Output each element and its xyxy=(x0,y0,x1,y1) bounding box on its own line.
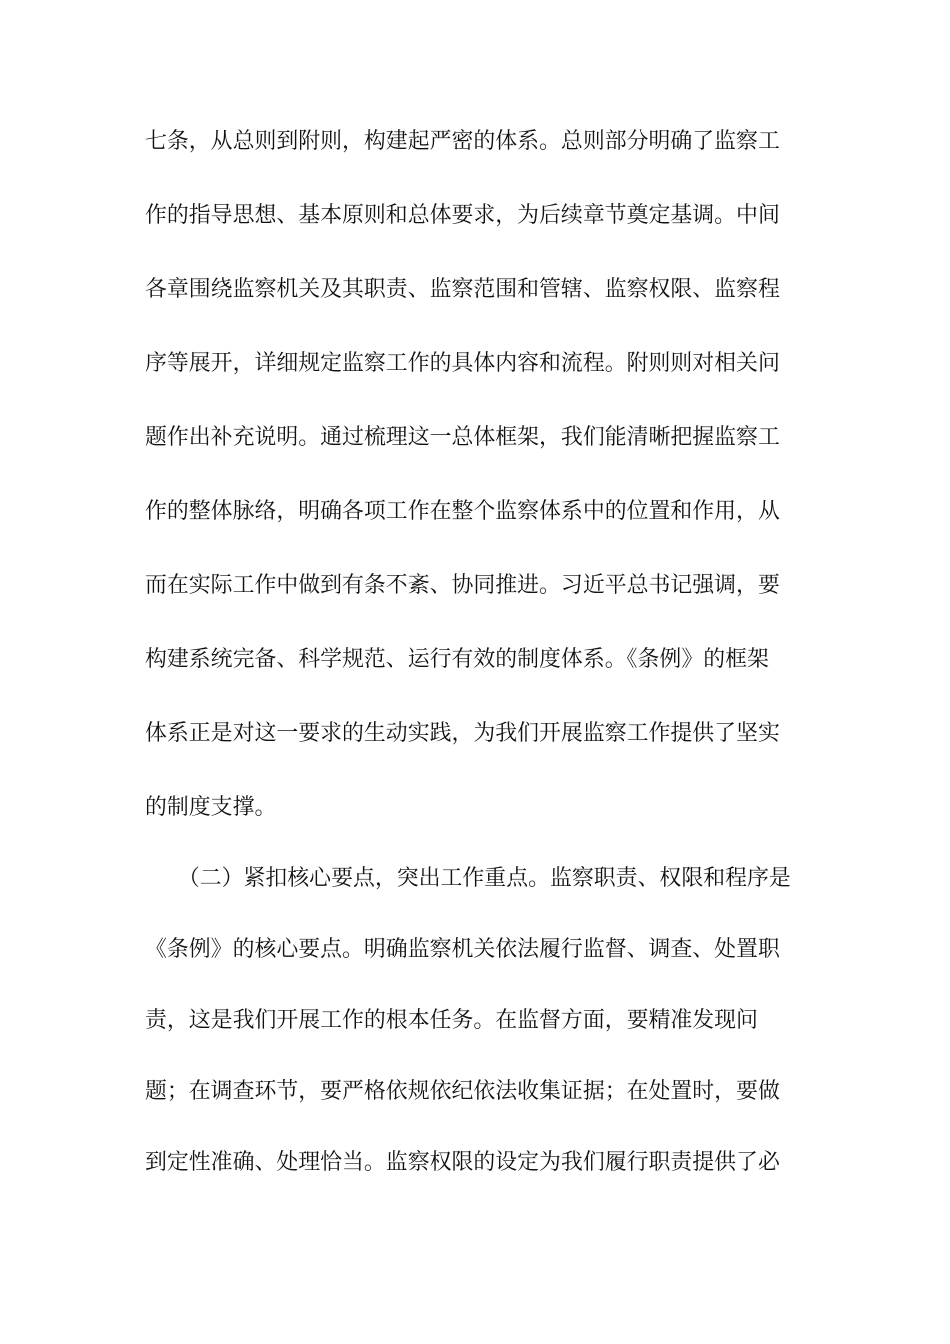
paragraph-line: 责，这是我们开展工作的根本任务。在监督方面，要精准发现问 xyxy=(145,1006,805,1036)
paragraph-line: 题作出补充说明。通过梳理这一总体框架，我们能清晰把握监察工 xyxy=(145,423,805,453)
paragraph-line: 《条例》的核心要点。明确监察机关依法履行监督、调查、处置职 xyxy=(145,935,805,965)
paragraph-line: 而在实际工作中做到有条不紊、协同推进。习近平总书记强调，要 xyxy=(145,571,805,601)
paragraph-line: 作的指导思想、基本原则和总体要求，为后续章节奠定基调。中间 xyxy=(145,201,805,231)
paragraph-line: 七条，从总则到附则，构建起严密的体系。总则部分明确了监察工 xyxy=(145,127,805,157)
paragraph-line: 序等展开，详细规定监察工作的具体内容和流程。附则则对相关问 xyxy=(145,349,805,379)
paragraph-line: 题；在调查环节，要严格依规依纪依法收集证据；在处置时，要做 xyxy=(145,1077,805,1107)
paragraph-line: 体系正是对这一要求的生动实践，为我们开展监察工作提供了坚实 xyxy=(145,719,805,749)
paragraph-line: 的制度支撑。 xyxy=(145,793,805,823)
section-heading-line: （二）紧扣核心要点，突出工作重点。监察职责、权限和程序是 xyxy=(145,864,805,894)
document-page: 七条，从总则到附则，构建起严密的体系。总则部分明确了监察工 作的指导思想、基本原… xyxy=(0,0,950,1344)
paragraph-line: 构建系统完备、科学规范、运行有效的制度体系。《条例》的框架 xyxy=(145,645,805,675)
paragraph-line: 各章围绕监察机关及其职责、监察范围和管辖、监察权限、监察程 xyxy=(145,275,805,305)
paragraph-line: 作的整体脉络，明确各项工作在整个监察体系中的位置和作用，从 xyxy=(145,497,805,527)
paragraph-line: 到定性准确、处理恰当。监察权限的设定为我们履行职责提供了必 xyxy=(145,1148,805,1178)
